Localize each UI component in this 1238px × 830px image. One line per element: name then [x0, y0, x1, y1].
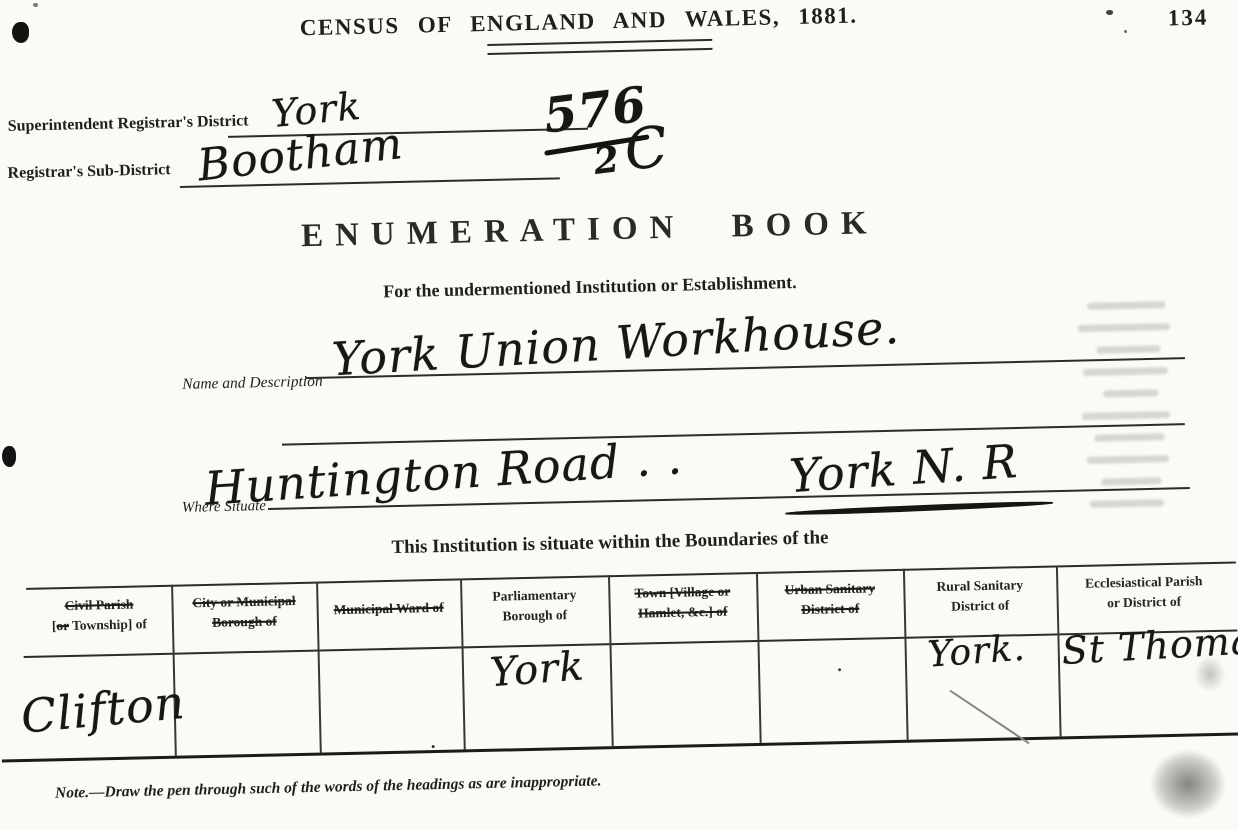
urban-sanitary-line1: Urban Sanitary — [784, 580, 875, 597]
name-description-row: Name and Description York Union Workhous… — [0, 318, 1238, 416]
bleed-through-strip — [1075, 301, 1180, 538]
page-number: 134 — [1168, 5, 1209, 32]
name-description-value: York Union Workhouse. — [330, 300, 901, 387]
page-title: CENSUS OF ENGLAND AND WALES, 1881. — [300, 6, 720, 42]
table-bottom-border — [2, 732, 1238, 762]
municipal-ward-line1: Municipal Ward of — [333, 600, 443, 617]
ink-blot-top-left — [12, 22, 29, 43]
town-village-line2: Hamlet, &c.] of — [638, 603, 728, 620]
ink-dot-1 — [432, 745, 435, 748]
enumeration-book-heading: ENUMERATION BOOK — [260, 204, 921, 256]
superintendent-district-label: Superintendent Registrar's District — [8, 112, 249, 135]
boundaries-table: Civil Parish [or Township] of City or Mu… — [0, 562, 1238, 774]
col-header-ecclesiastical-parish: Ecclesiastical Parish or District of — [1056, 571, 1232, 614]
city-borough-line2: Borough of — [212, 613, 277, 629]
ecclesiastical-line2: or District of — [1107, 593, 1181, 610]
census-form-page: CENSUS OF ENGLAND AND WALES, 1881. 134 S… — [0, 0, 1238, 830]
ink-speck-2 — [1124, 30, 1127, 33]
civil-parish-struck-word: or — [56, 618, 69, 633]
town-village-line1: Town [Village or — [634, 584, 730, 601]
col-header-city-borough: City or Municipal Borough of — [171, 591, 317, 633]
col-header-parliamentary-borough: Parliamentary Borough of — [460, 584, 609, 626]
civil-parish-line2: Township] of — [69, 616, 147, 633]
place-heavy-underline — [785, 500, 1053, 516]
institution-subheading: For the undermentioned Institution or Es… — [260, 269, 920, 305]
corner-smudge — [1138, 738, 1238, 830]
col-header-rural-sanitary: Rural Sanitary District of — [903, 574, 1057, 616]
civil-parish-value: Clifton — [19, 675, 188, 744]
ink-speck-near-page-number — [1106, 10, 1113, 15]
parliamentary-line2: Borough of — [502, 607, 567, 623]
edge-smudge — [1188, 648, 1232, 700]
blank-ruled-line — [282, 423, 1185, 445]
name-description-label: Name and Description — [182, 373, 323, 394]
pen-stroke-artifact — [950, 690, 1030, 744]
rural-sanitary-line2: District of — [951, 597, 1009, 613]
col-header-municipal-ward: Municipal Ward of — [316, 587, 461, 620]
ink-blot-mid-left — [2, 446, 16, 467]
title-row: CENSUS OF ENGLAND AND WALES, 1881. 134 — [0, 0, 1238, 74]
ink-dot-2 — [838, 668, 841, 671]
civil-parish-line1: Civil Parish — [65, 597, 134, 613]
col-header-urban-sanitary: Urban Sanitary District of — [756, 578, 904, 620]
col-header-town-village: Town [Village or Hamlet, &c.] of — [608, 581, 757, 623]
col-header-civil-parish: Civil Parish [or Township] of — [26, 594, 172, 636]
urban-sanitary-line2: District of — [801, 600, 859, 616]
parliamentary-line1: Parliamentary — [492, 587, 576, 604]
rural-sanitary-line1: Rural Sanitary — [936, 577, 1023, 594]
title-double-rule — [487, 39, 712, 55]
footnote: Note.—Draw the pen through such of the w… — [55, 772, 602, 802]
rural-sanitary-value: York. — [926, 628, 1027, 676]
ecclesiastical-line1: Ecclesiastical Parish — [1085, 573, 1203, 591]
city-borough-line1: City or Municipal — [192, 593, 296, 610]
table-header-separator — [24, 630, 1238, 658]
subdistrict-label: Registrar's Sub-District — [7, 161, 170, 183]
parliamentary-borough-value: York — [488, 643, 586, 696]
ink-speck-top-left — [33, 3, 38, 7]
